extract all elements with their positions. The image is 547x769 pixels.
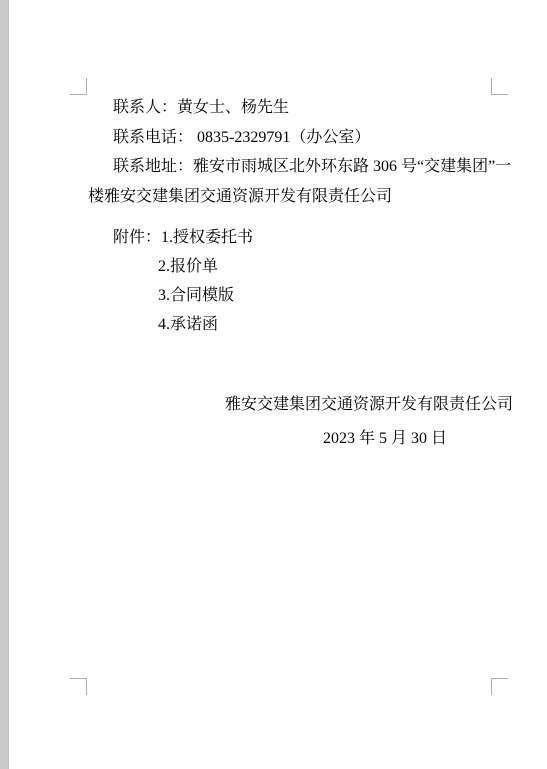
text-boundary-mark-bottom-right: [491, 678, 508, 695]
signature-company-name: 雅安交建集团交通资源开发有限责任公司: [225, 394, 513, 416]
contact-address-line-2: 楼雅安交建集团交通资源开发有限责任公司: [88, 186, 392, 208]
contact-person-line: 联系人：黄女士、杨先生: [113, 97, 289, 119]
attachment-item-4: 4.承诺函: [158, 314, 218, 336]
text-boundary-mark-top-left: [70, 78, 87, 95]
attachment-item-3: 3.合同模版: [158, 285, 234, 307]
signature-date: 2023 年 5 月 30 日: [323, 428, 447, 450]
text-boundary-mark-bottom-left: [70, 678, 87, 695]
attachment-item-2: 2.报价单: [158, 256, 218, 278]
contact-phone-line: 联系电话： 0835-2329791（办公室）: [113, 127, 370, 149]
contact-address-line-1: 联系地址：雅安市雨城区北外环东路 306 号“交建集团”一: [113, 156, 503, 178]
document-page[interactable]: 联系人：黄女士、杨先生 联系电话： 0835-2329791（办公室） 联系地址…: [9, 0, 547, 769]
attachments-heading-line: 附件：1.授权委托书: [113, 227, 253, 249]
document-viewport: 联系人：黄女士、杨先生 联系电话： 0835-2329791（办公室） 联系地址…: [0, 0, 547, 769]
text-boundary-mark-top-right: [491, 78, 508, 95]
canvas-left-gutter: [0, 0, 9, 769]
